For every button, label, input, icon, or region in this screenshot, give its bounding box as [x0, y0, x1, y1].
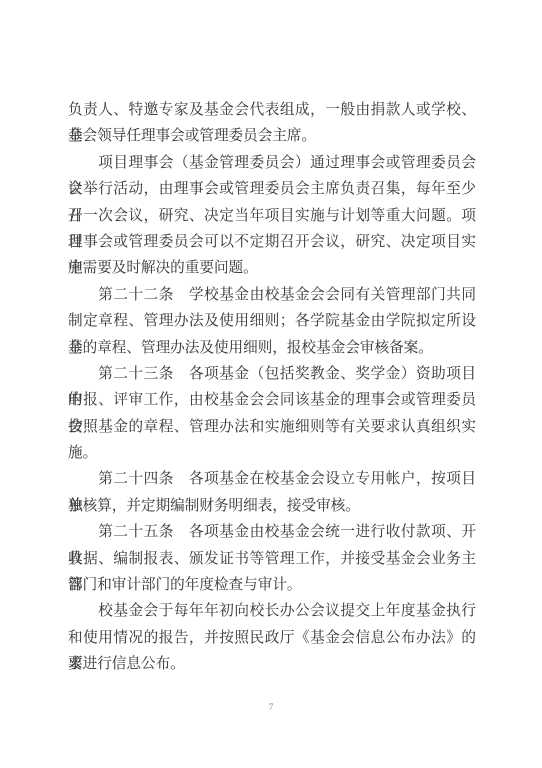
text-line: 求进行信息公布。	[68, 651, 476, 677]
text-block: 负责人、特邀专家及基金会代表组成，一般由捐款人或学校、基金会领导任理事会或管理委…	[68, 97, 476, 678]
text-line: 校基金会于每年年初向校长办公会议提交上年度基金执行	[68, 598, 476, 624]
text-line: 项目理事会（基金管理委员会）通过理事会或管理委员会会	[68, 150, 476, 176]
text-line: 第二十四条 各项基金在校基金会设立专用帐户，按项目单	[68, 466, 476, 492]
text-line: 申报、评审工作，由校基金会会同该基金的理事会或管理委员会	[68, 387, 476, 413]
text-line: 第二十二条 学校基金由校基金会会同有关管理部门共同	[68, 282, 476, 308]
text-line: 中需要及时解决的重要问题。	[68, 255, 476, 281]
text-line: 理事会或管理委员会可以不定期召开会议，研究、决定项目实施	[68, 229, 476, 255]
document-page: 负责人、特邀专家及基金会代表组成，一般由捐款人或学校、基金会领导任理事会或管理委…	[0, 0, 542, 768]
text-line: 第二十三条 各项基金（包括奖教金、奖学金）资助项目的	[68, 361, 476, 387]
text-line: 议举行活动，由理事会或管理委员会主席负责召集，每年至少召	[68, 176, 476, 202]
text-line: 施。	[68, 440, 476, 466]
text-line: 负责人、特邀专家及基金会代表组成，一般由捐款人或学校、基	[68, 97, 476, 123]
text-line: 第二十五条 各项基金由校基金会统一进行收付款项、开具	[68, 519, 476, 545]
page-number: 7	[0, 703, 542, 713]
text-line: 开一次会议，研究、决定当年项目实施与计划等重大问题。项目	[68, 203, 476, 229]
text-line: 和使用情况的报告，并按照民政厅《基金会信息公布办法》的要	[68, 625, 476, 651]
text-line: 部门和审计部门的年度检查与审计。	[68, 572, 476, 598]
text-line: 制定章程、管理办法及使用细则；各学院基金由学院拟定所设基	[68, 308, 476, 334]
text-line: 按照基金的章程、管理办法和实施细则等有关要求认真组织实	[68, 414, 476, 440]
text-line: 收据、编制报表、颁发证书等管理工作，并接受基金会业务主管	[68, 546, 476, 572]
text-line: 金的章程、管理办法及使用细则，报校基金会审核备案。	[68, 335, 476, 361]
text-line: 金会领导任理事会或管理委员会主席。	[68, 123, 476, 149]
text-line: 独核算，并定期编制财务明细表，接受审核。	[68, 493, 476, 519]
